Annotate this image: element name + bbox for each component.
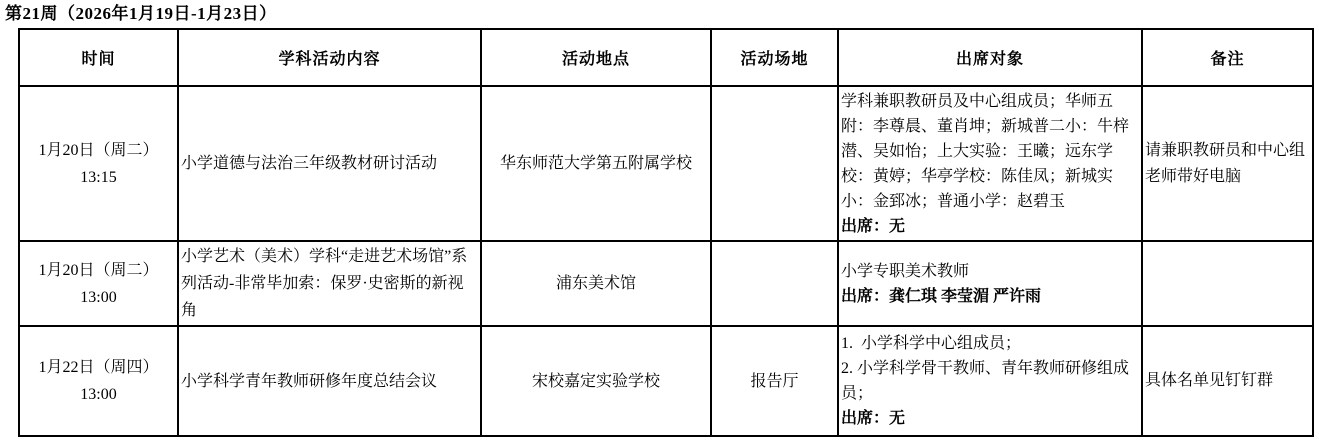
week-title: 第21周（2026年1月19日-1月23日）	[0, 0, 1319, 28]
cell-location: 华东师范大学第五附属学校	[481, 86, 711, 241]
attendees-list: 1. 小学科学中心组成员； 2. 小学科学骨干教师、青年教师研修组成员；	[841, 331, 1139, 406]
time-clock: 13:15	[21, 164, 176, 191]
time-date: 1月20日（周二）	[21, 257, 176, 284]
header-activity: 学科活动内容	[178, 29, 481, 86]
header-venue: 活动场地	[711, 29, 838, 86]
time-clock: 13:00	[21, 284, 176, 311]
header-attendees: 出席对象	[838, 29, 1142, 86]
cell-time: 1月22日（周四） 13:00	[19, 326, 178, 436]
table-row: 1月22日（周四） 13:00 小学科学青年教师研修年度总结会议 宋校嘉定实验学…	[19, 326, 1313, 436]
cell-location: 浦东美术馆	[481, 241, 711, 326]
document-page: 第21周（2026年1月19日-1月23日） 时间 学科活动内容 活动地点 活动…	[0, 0, 1319, 437]
cell-remark: 具体名单见钉钉群	[1142, 326, 1313, 436]
cell-time: 1月20日（周二） 13:15	[19, 86, 178, 241]
header-time: 时间	[19, 29, 178, 86]
cell-activity: 小学科学青年教师研修年度总结会议	[178, 326, 481, 436]
cell-time: 1月20日（周二） 13:00	[19, 241, 178, 326]
cell-activity: 小学艺术（美术）学科“走进艺术场馆”系列活动-非常毕加索：保罗·史密斯的新视角	[178, 241, 481, 326]
schedule-table: 时间 学科活动内容 活动地点 活动场地 出席对象 备注 1月20日（周二） 13…	[18, 28, 1314, 437]
attendance-line: 出席：龚仁琪 李莹湄 严许雨	[841, 284, 1139, 309]
attendance-line: 出席：无	[841, 214, 1139, 239]
cell-attendees: 小学专职美术教师 出席：龚仁琪 李莹湄 严许雨	[838, 241, 1142, 326]
header-row: 时间 学科活动内容 活动地点 活动场地 出席对象 备注	[19, 29, 1313, 86]
time-date: 1月20日（周二）	[21, 137, 176, 164]
header-remark: 备注	[1142, 29, 1313, 86]
table-row: 1月20日（周二） 13:00 小学艺术（美术）学科“走进艺术场馆”系列活动-非…	[19, 241, 1313, 326]
time-date: 1月22日（周四）	[21, 354, 176, 381]
cell-remark	[1142, 241, 1313, 326]
cell-venue	[711, 86, 838, 241]
attendees-list: 学科兼职教研员及中心组成员；华师五附：李尊晨、董肖坤；新城普二小：牛梓潜、吴如怡…	[841, 89, 1139, 214]
cell-location: 宋校嘉定实验学校	[481, 326, 711, 436]
header-location: 活动地点	[481, 29, 711, 86]
cell-venue: 报告厅	[711, 326, 838, 436]
time-clock: 13:00	[21, 381, 176, 408]
cell-remark: 请兼职教研员和中心组老师带好电脑	[1142, 86, 1313, 241]
cell-venue	[711, 241, 838, 326]
attendance-line: 出席：无	[841, 406, 1139, 431]
cell-activity: 小学道德与法治三年级教材研讨活动	[178, 86, 481, 241]
cell-attendees: 学科兼职教研员及中心组成员；华师五附：李尊晨、董肖坤；新城普二小：牛梓潜、吴如怡…	[838, 86, 1142, 241]
table-row: 1月20日（周二） 13:15 小学道德与法治三年级教材研讨活动 华东师范大学第…	[19, 86, 1313, 241]
attendees-list: 小学专职美术教师	[841, 259, 1139, 284]
cell-attendees: 1. 小学科学中心组成员； 2. 小学科学骨干教师、青年教师研修组成员； 出席：…	[838, 326, 1142, 436]
